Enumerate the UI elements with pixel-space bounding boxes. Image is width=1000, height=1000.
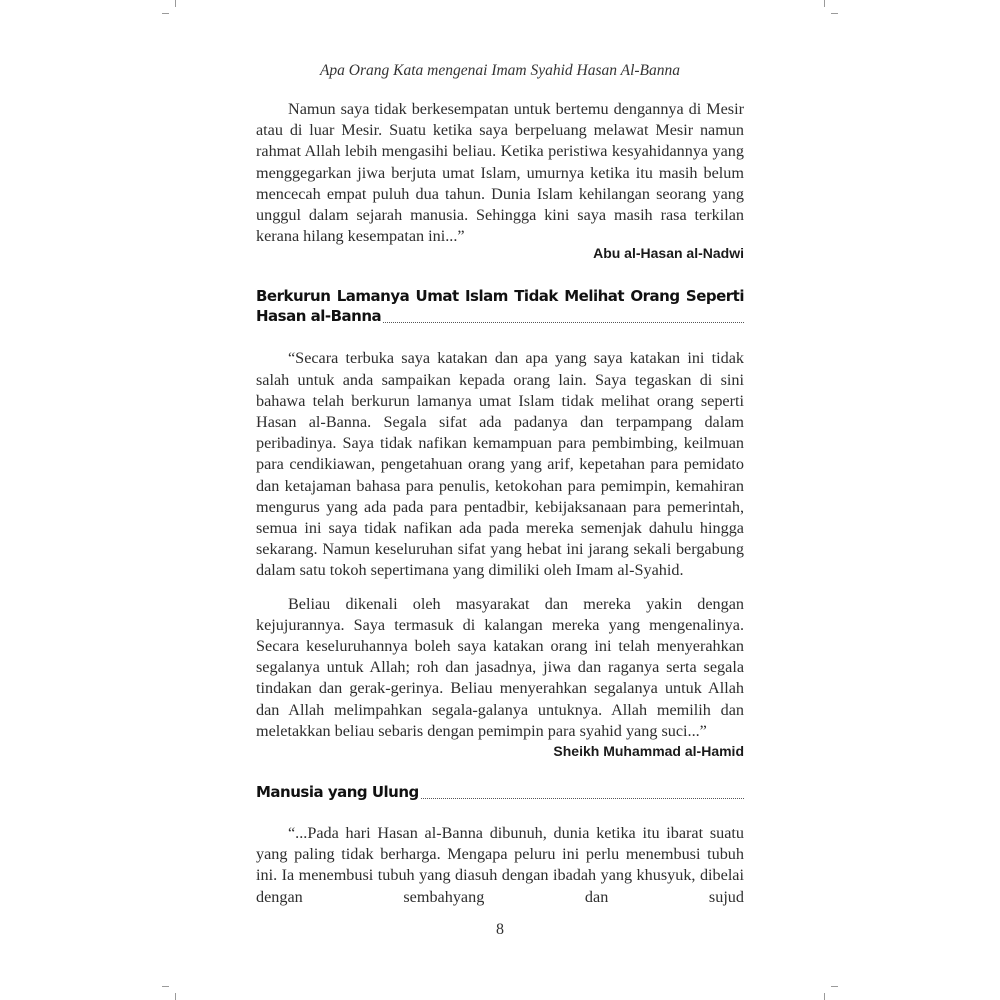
crop-mark-top-left-horizontal: [162, 13, 169, 14]
crop-mark-bottom-left-vertical: [175, 993, 176, 1000]
heading-line-2: Hasan al-Banna: [256, 306, 381, 326]
berkurun-paragraph-1: “Secara terbuka saya katakan dan apa yan…: [256, 348, 744, 581]
crop-mark-bottom-right-vertical: [824, 993, 825, 1000]
heading-line-1: Berkurun Lamanya Umat Islam Tidak Meliha…: [256, 286, 744, 306]
crop-mark-top-right-horizontal: [831, 13, 838, 14]
crop-mark-top-left-vertical: [175, 0, 176, 7]
attribution-sheikh-muhammad-al-hamid: Sheikh Muhammad al-Hamid: [256, 742, 744, 760]
page-number: 8: [0, 921, 1000, 939]
crop-mark-bottom-left-horizontal: [162, 986, 169, 987]
section-heading-berkurun: Berkurun Lamanya Umat Islam Tidak Meliha…: [256, 286, 744, 326]
heading-manusia-row: Manusia yang Ulung: [256, 782, 744, 802]
section-heading-manusia: Manusia yang Ulung: [256, 782, 744, 802]
heading-manusia-text: Manusia yang Ulung: [256, 782, 419, 802]
heading-line-2-row: Hasan al-Banna: [256, 306, 744, 326]
berkurun-paragraph-2: Beliau dikenali oleh masyarakat dan mere…: [256, 594, 744, 742]
heading-dotted-rule: [421, 798, 744, 799]
manusia-paragraph: “...Pada hari Hasan al-Banna dibunuh, du…: [256, 823, 744, 908]
intro-paragraph: Namun saya tidak berkesempatan untuk ber…: [256, 99, 744, 247]
crop-mark-top-right-vertical: [824, 0, 825, 7]
running-header: Apa Orang Kata mengenai Imam Syahid Hasa…: [256, 62, 744, 80]
heading-dotted-rule: [383, 322, 744, 323]
crop-mark-bottom-right-horizontal: [831, 986, 838, 987]
page-body: Namun saya tidak berkesempatan untuk ber…: [256, 99, 744, 908]
